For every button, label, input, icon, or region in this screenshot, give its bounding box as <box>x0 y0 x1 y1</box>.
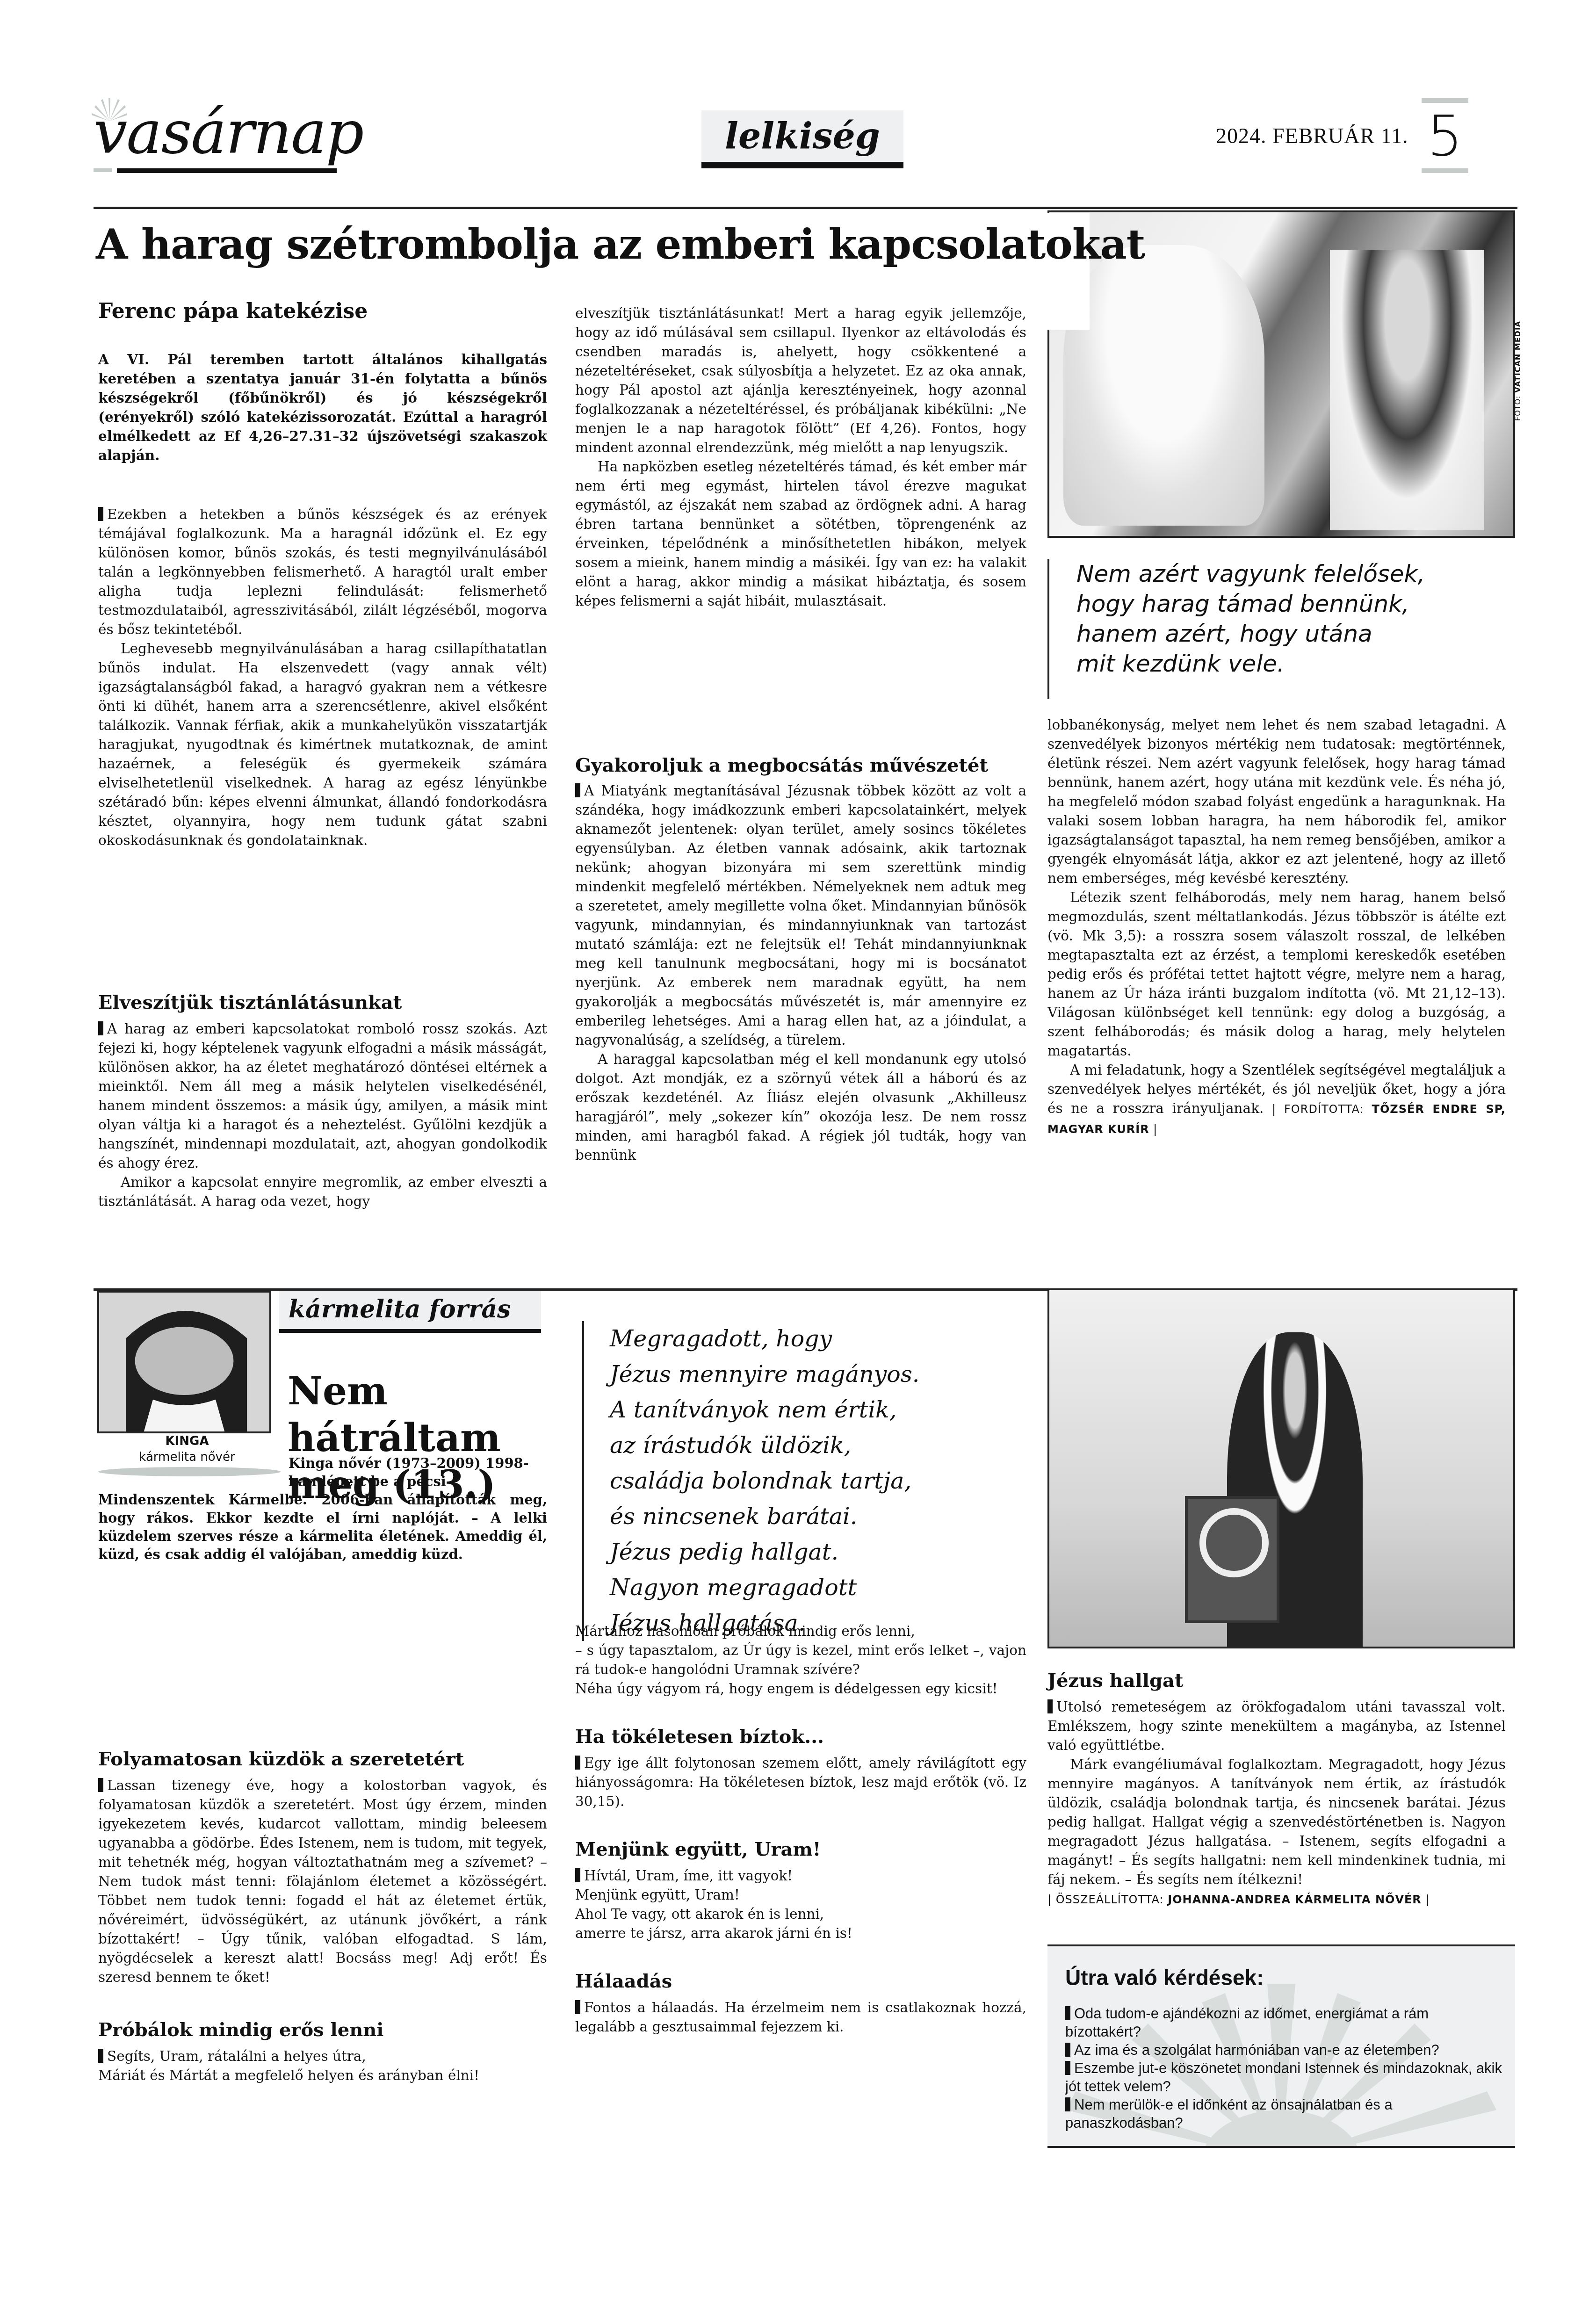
pull-quote-line: Nagyon megragadott <box>610 1570 994 1605</box>
paragraph-marker-icon <box>575 1868 580 1882</box>
author-bio: Mindenszentek Kármelbe. 2006-ban állapít… <box>98 1491 547 1564</box>
paragraph-marker-icon <box>575 783 580 797</box>
paragraph: Amikor a kapcsolat ennyire megromlik, az… <box>98 1173 547 1211</box>
paragraph-text: Segíts, Uram, rátalálni a helyes útra, M… <box>98 2048 479 2083</box>
paragraph: A Miatyánk megtanításával Jézusnak többe… <box>575 781 1026 1050</box>
paragraph: A harag az emberi kapcsolatokat romboló … <box>98 1019 547 1173</box>
article-headline: A harag szétrombolja az emberi kapcsolat… <box>96 224 1145 265</box>
paragraph: Egy ige állt folytonosan szemem előtt, a… <box>575 1754 1026 1811</box>
article-lead: A VI. Pál teremben tartott általános kih… <box>98 350 547 465</box>
pull-quote-line: mit kezdünk vele. <box>1076 649 1496 679</box>
bullet-icon <box>1065 2006 1070 2020</box>
paragraph: Ezekben a hetekben a bűnös készségek és … <box>98 505 547 639</box>
paragraph-text: Egy ige állt folytonosan szemem előtt, a… <box>575 1755 1026 1809</box>
pull-quote-line: Nem azért vagyunk felelősek, <box>1076 559 1496 589</box>
article-section-2: Elveszítjük tisztánlátásunkat A harag az… <box>98 992 547 1211</box>
paragraph: Fontos a hálaadás. Ha érzelmeim nem is c… <box>575 1998 1026 2037</box>
credit-label: FORDÍTOTTA: <box>1284 1103 1364 1116</box>
issue-date: 2024. FEBRUÁR 11. <box>1216 123 1408 148</box>
intro-line: – s úgy tapasztalom, az Úr úgy is kezel,… <box>575 1641 1026 1679</box>
logo-accent-bar <box>94 168 112 172</box>
paragraph: lobbanékonyság, melyet nem lehet és nem … <box>1047 716 1506 888</box>
paragraph: A haraggal kapcsolatban még el kell mond… <box>575 1050 1026 1165</box>
author-bio-top: Kinga nővér (1973–2009) 1998-ban lépett … <box>289 1454 550 1491</box>
pull-quote-line: hogy harag támad bennünk, <box>1076 589 1496 619</box>
prayer-line: Menjünk együtt, Uram! <box>575 1886 1026 1905</box>
section-heading: Próbálok mindig erős lenni <box>98 2020 547 2040</box>
pull-quote-line: Megragadott, hogy <box>610 1321 994 1357</box>
paragraph: Leghevesebb megnyilvánulásában a harag c… <box>98 639 547 850</box>
paragraph: Segíts, Uram, rátalálni a helyes útra, M… <box>98 2047 547 2085</box>
paragraph-text: Hívtál, Uram, íme, itt vagyok! <box>584 1868 793 1884</box>
article-subtitle: Ferenc pápa katekézise <box>98 299 368 323</box>
question-text: Eszembe jut-e köszönetet mondani Istenne… <box>1065 2060 1502 2095</box>
article-column-2: elveszítjük tisztánlátásunkat! Mert a ha… <box>575 304 1026 611</box>
paragraph-marker-icon <box>1047 1699 1053 1713</box>
section-rubric: lelkiség <box>701 110 903 168</box>
question-text: Az ima és a szolgálat harmóniában van-e … <box>1074 2042 1439 2058</box>
nun-with-icon-photo <box>1047 1288 1515 1648</box>
rubric-label: lelkiség <box>725 115 880 157</box>
credit-name: JOHANNA-ANDREA KÁRMELITA NŐVÉR <box>1168 1893 1422 1906</box>
paragraph-text: A Miatyánk megtanításával Jézusnak többe… <box>575 783 1026 1048</box>
paragraph-marker-icon <box>575 2000 580 2014</box>
page-number: 5 <box>1422 108 1468 165</box>
credit-label: ÖSSZEÁLLÍTOTTA: <box>1056 1893 1164 1906</box>
series-label-box: kármelita forrás <box>279 1291 541 1333</box>
paragraph-marker-icon <box>98 2049 103 2063</box>
portrait-name: KINGA <box>96 1433 278 1449</box>
questions-list: Oda tudom-e ajándékozni az időmet, energ… <box>1065 2004 1507 2132</box>
portrait-role: kármelita nővér <box>96 1449 278 1465</box>
bullet-icon <box>1065 2043 1070 2057</box>
prayer-line: Ahol Te vagy, ott akarok én is lenni, <box>575 1905 1026 1924</box>
portrait-caption: KINGA kármelita nővér <box>96 1433 278 1465</box>
paragraph: elveszítjük tisztánlátásunkat! Mert a ha… <box>575 304 1026 457</box>
article2-column-1: Folyamatosan küzdök a szeretetért Lassan… <box>98 1749 547 2085</box>
photo-figure-pope <box>1063 245 1264 526</box>
photo-religious-icon <box>1185 1496 1279 1623</box>
article2-column-3: Jézus hallgat Utolsó remeteségem az örök… <box>1047 1670 1506 1909</box>
section-heading: Hálaadás <box>575 1971 1026 1992</box>
question-item: Az ima és a szolgálat harmóniában van-e … <box>1065 2041 1507 2059</box>
pull-quote-line: az írástudók üldözik, <box>610 1428 994 1463</box>
intro-line: Néha úgy vágyom rá, hogy engem is dédelg… <box>575 1679 1026 1698</box>
pull-quote: Nem azért vagyunk felelősek, hogy harag … <box>1047 559 1496 699</box>
pull-quote-2: Megragadott, hogy Jézus mennyire magányo… <box>582 1321 994 1641</box>
photo-figure-couple <box>1330 250 1484 530</box>
bullet-icon <box>1065 2061 1070 2075</box>
question-text: Oda tudom-e ajándékozni az időmet, energ… <box>1065 2005 1429 2040</box>
compiler-credit: | ÖSSZEÁLLÍTOTTA: JOHANNA-ANDREA KÁRMELI… <box>1047 1889 1506 1909</box>
question-text: Nem merülök-e el időnként az önsajnálatb… <box>1065 2096 1393 2131</box>
page-number-box: 5 <box>1422 98 1468 173</box>
section-heading: Gyakoroljuk a megbocsátás művészetét <box>575 755 1026 776</box>
article-column-1: Ezekben a hetekben a bűnös készségek és … <box>98 505 547 850</box>
page-number-top-bar <box>1422 98 1468 103</box>
portrait-photo <box>97 1291 271 1433</box>
pull-quote-line: hanem azért, hogy utána <box>1076 619 1496 649</box>
paragraph-marker-icon <box>575 1756 580 1770</box>
article2-column-2: Mártához hasonlóan próbálok mindig erős … <box>575 1622 1026 2037</box>
paragraph-text: Fontos a hálaadás. Ha érzelmeim nem is c… <box>575 2000 1026 2035</box>
pull-quote-line: családja bolondnak tartja, <box>610 1463 994 1499</box>
section-heading: Menjünk együtt, Uram! <box>575 1839 1026 1860</box>
paragraph-marker-icon <box>98 507 103 521</box>
photo-credit-label: FOTÓ: <box>1513 396 1522 421</box>
section-heading: Elveszítjük tisztánlátásunkat <box>98 992 547 1013</box>
article-column-3: lobbanékonyság, melyet nem lehet és nem … <box>1047 716 1506 1139</box>
questions-title: Útra való kérdések: <box>1047 1946 1515 1990</box>
pull-quote-line: és nincsenek barátai. <box>610 1499 994 1534</box>
question-item: Eszembe jut-e köszönetet mondani Istenne… <box>1065 2059 1507 2096</box>
article-section-3: Gyakoroljuk a megbocsátás művészetét A M… <box>575 755 1026 1165</box>
paragraph-text: Ezekben a hetekben a bűnös készségek és … <box>98 506 547 637</box>
logo-text: vasárnap <box>94 103 363 163</box>
paragraph: Utolsó remeteségem az örökfogadalom után… <box>1047 1698 1506 1755</box>
pull-quote-line: Jézus mennyire magányos. <box>610 1357 994 1392</box>
section-heading: Jézus hallgat <box>1047 1670 1506 1691</box>
paragraph-marker-icon <box>98 1778 103 1792</box>
top-divider <box>94 207 1517 209</box>
section-heading: Folyamatosan küzdök a szeretetért <box>98 1749 547 1770</box>
paragraph: Ha napközben esetleg nézeteltérés támad,… <box>575 457 1026 611</box>
intro-line: Mártához hasonlóan próbálok mindig erős … <box>575 1622 1026 1641</box>
page-number-bottom-bar <box>1422 168 1468 173</box>
paragraph: Márk evangéliumával foglalkoztam. Megrag… <box>1047 1755 1506 1889</box>
pull-quote-line: A tanítványok nem értik, <box>610 1392 994 1428</box>
photo-credit: FOTÓ: VATICAN MEDIA <box>1513 321 1522 421</box>
question-item: Nem merülök-e el időnként az önsajnálatb… <box>1065 2096 1507 2132</box>
photo-credit-source: VATICAN MEDIA <box>1513 321 1522 393</box>
paragraph-text: Lassan tizenegy éve, hogy a kolostorban … <box>98 1778 547 1985</box>
masthead-logo: vasárnap <box>94 98 355 168</box>
prayer-line: amerre te jársz, arra akarok járni én is… <box>575 1924 1026 1943</box>
questions-box: Útra való kérdések: Oda tudom-e ajándéko… <box>1047 1944 1515 2148</box>
pull-quote-line: Jézus pedig hallgat. <box>610 1534 994 1570</box>
series-label: kármelita forrás <box>279 1291 541 1328</box>
paragraph-text: A harag az emberi kapcsolatokat romboló … <box>98 1021 547 1171</box>
paragraph-text: Utolsó remeteségem az örökfogadalom után… <box>1047 1699 1506 1753</box>
prayer-line: Hívtál, Uram, íme, itt vagyok! <box>575 1866 1026 1886</box>
paragraph: Létezik szent felháborodás, mely nem har… <box>1047 888 1506 1061</box>
paragraph: A mi feladatunk, hogy a Szentlélek segít… <box>1047 1061 1506 1139</box>
caption-accent-oval <box>98 1467 281 1476</box>
bullet-icon <box>1065 2097 1070 2111</box>
section-heading: Ha tökéletesen bíztok... <box>575 1727 1026 1747</box>
paragraph-marker-icon <box>98 1021 103 1035</box>
question-item: Oda tudom-e ajándékozni az időmet, energ… <box>1065 2004 1507 2041</box>
paragraph: Lassan tizenegy éve, hogy a kolostorban … <box>98 1776 547 1987</box>
logo-underline <box>117 168 337 173</box>
